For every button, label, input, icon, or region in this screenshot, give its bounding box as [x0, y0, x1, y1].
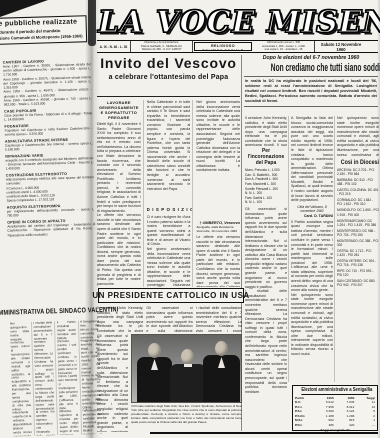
- issue-date: Sabato 12 Novembre 1960: [315, 41, 367, 52]
- nixon-face: [215, 341, 228, 356]
- body-text: Il Partito socialista segna quasi ovunqu…: [291, 220, 333, 293]
- text-column: Nel quinquennio sono state inoltre esegu…: [337, 116, 379, 382]
- body-text: Le offerte che verranno raccolte in tale…: [196, 235, 240, 287]
- elections-headline: Non crediamo che tutti siano soddisfatti: [271, 62, 351, 74]
- dateline-row: A. IX - N. 46 - L. 30 Direzione e Ammini…: [97, 40, 378, 53]
- diocesi-entry: CASTEL COLONNA: DC 401 - PCI 215: [337, 188, 379, 196]
- text-column: Nel giorno anniversario della incoronazi…: [196, 100, 240, 287]
- diocesi-entry: ARCEVIA: DC 2.703 - PCI 2.150 - PSI 684: [337, 168, 379, 176]
- works-section-body: eseguite con il contributo assegnato dal…: [5, 156, 93, 171]
- table-total: Seggi assegnati: 32: [295, 428, 375, 432]
- column-rule: [334, 116, 335, 382]
- text-column: Gli osservatori si domandano quale influ…: [146, 306, 192, 332]
- elections-article-header: Dopo le elezioni del 6-7 novembre 1960 N…: [244, 55, 378, 107]
- text-column: I risultati delle consultazioni amminist…: [31, 321, 56, 436]
- disposizioni-heading: DISPOSIZIONI: [147, 207, 191, 212]
- works-section: CASE POPOLARICase popolari in Via Roma -…: [4, 107, 92, 122]
- body-text: Nella Cattedrale e in tutte le chiese pa…: [147, 100, 191, 204]
- senigallia-results-table: Elezioni amministrative a Senigallia Par…: [292, 385, 378, 431]
- spellman-face: [181, 349, 194, 364]
- bishop-article-header: Invito del Vescovo a celebrare l'ottante…: [97, 56, 240, 97]
- bottom-rule: [150, 432, 378, 434]
- us-article-columns: Il senatore John Kennedy, cattolico, è s…: [97, 306, 242, 332]
- text-column: LAVORARE GENEROSAMENTE E SOPRATTUTTO PRE…: [97, 100, 144, 287]
- votes-1960-cell: 420: [334, 423, 355, 427]
- text-column: Nella Cattedrale e in tutte le chiese pa…: [147, 100, 194, 287]
- works-section-body: Case popolari in Via Roma - fabbricato d…: [4, 111, 92, 122]
- text-column: I risultati delle consultazioni amminist…: [196, 306, 242, 332]
- table-title: Elezioni amministrative a Senigallia: [301, 387, 368, 395]
- public-works-title-box: opere pubbliche realizzate durante il pe…: [0, 15, 87, 45]
- text-column: Il senatore John Kennedy, cattolico, è s…: [97, 306, 143, 332]
- works-section-body: Fognature nel Capoluogo e nella frazione…: [5, 126, 93, 137]
- works-section: CANTIERI DI LAVOROAnno 1957 - Cantiere n…: [3, 58, 92, 107]
- works-section-body: Allacciamento energia elettrica alle cas…: [6, 175, 95, 203]
- diocesi-entry: OSTRA: DC 1.712 - PCI 1.420 - PSI 281: [337, 249, 379, 257]
- offerings-list: Mons. Prevosto L. 1.000 Can. G. Baldetti…: [245, 168, 287, 205]
- diocesi-entry: CORINALDO: DC 1.842 - PCI 1.512 - PSI 31…: [337, 198, 379, 206]
- admin-info: Direzione e Amministrazione Piazza Garib…: [131, 41, 193, 52]
- party-cell: P.R.I.: [295, 423, 313, 427]
- diocesi-entry: MONTEPORZIO: DC 986 - PCI 724 - PSI 150: [337, 229, 379, 237]
- vatican-dateline: Città del Vaticano, 8 novembre 1960: [291, 205, 333, 213]
- works-section-body: Ampliamento del cimitero del Capoluogo -…: [7, 222, 95, 237]
- diocesi-entry: MONTEMARCIANO: DC 1.204 - PCI 1.415 - PS…: [337, 219, 379, 227]
- spellman-figure: [170, 364, 206, 403]
- body-text: Le offerte che verranno raccolte in tale…: [97, 213, 141, 286]
- elections-kicker: Dopo le elezioni del 6-7 novembre 1960: [244, 55, 378, 61]
- text-column: Gli osservatori si domandano quale influ…: [97, 334, 128, 432]
- seats-cell: —: [354, 423, 375, 427]
- bishop-article-columns: LAVORARE GENEROSAMENTE E SOPRATTUTTO PRE…: [97, 100, 240, 287]
- kennedy-face: [148, 343, 161, 358]
- column-rule: [288, 116, 289, 382]
- body-text: A Senigallia la lista del blocco social-…: [291, 116, 333, 203]
- diocesi-entry: MONTERADO: DC 388 - PCI 302: [337, 239, 379, 247]
- works-section: ACQUISTO ELETTROPOMPAper miglioramento d…: [7, 203, 95, 218]
- diocesi-entry: SAN COSTANZO: DC 880 - PCI 942 - PSI 207: [337, 279, 379, 287]
- works-section: RIPARAZIONI VARIEeseguite con il contrib…: [5, 152, 93, 171]
- text-column: Il Partito socialista segna quasi ovunqu…: [54, 321, 79, 436]
- bishop-subhead: a celebrare l'ottantesimo del Papa: [97, 74, 240, 81]
- works-section-body: Anno 1957 - Cantiere n. 3092/L - Sistema…: [3, 62, 92, 107]
- issue-number: A. IX - N. 46 - L. 30: [97, 41, 131, 52]
- masthead-title: LA VOCE MISENA: [98, 5, 378, 39]
- votes-1956-cell: 486: [313, 423, 334, 427]
- adjacent-page-strip: opere pubbliche realizzate durante il pe…: [0, 0, 94, 438]
- page-fold-shadow: [85, 0, 100, 438]
- body-text: Nel quinquennio sono state inoltre esegu…: [337, 116, 379, 156]
- works-section: ASFALTATURA STRADE INTERNECapoluogo e Ca…: [5, 137, 93, 152]
- scan-corner-shadow: [0, 0, 48, 17]
- diocesi-heading: Così in Diocesi: [341, 159, 375, 166]
- works-section: COSTRUZIONE ELETTRODOTTOAllacciamento en…: [6, 171, 95, 203]
- weekly-subtitle-box: SETTIMANALE RELIGIOSO POLITICO SOCIALE: [194, 42, 252, 51]
- tardini-signature: Card. D. TARDINI: [291, 214, 333, 218]
- text-column: Nel quinquennio sono state inoltre esegu…: [10, 322, 32, 436]
- body-text: Diletti figli, il 4 novembre il Santo Pa…: [97, 122, 141, 213]
- page-fold-dark-top: [88, 0, 96, 46]
- newspaper-scan: opere pubbliche realizzate durante il pe…: [0, 0, 380, 438]
- body-text: Nel giorno anniversario della incoronazi…: [196, 100, 240, 218]
- signature-dateline: Senigallia, dalla Residenza Vescovile, 1…: [196, 225, 240, 233]
- article-lead-caps: LAVORARE GENEROSAMENTE E SOPRATTUTTO PRE…: [97, 100, 141, 120]
- body-text: Ci è caro rivolgere fin d'ora il nostro …: [147, 215, 191, 247]
- subtitle-line2: POLITICO SOCIALE: [196, 49, 250, 51]
- spellman-collar: [184, 364, 192, 367]
- bishop-headline: Invito del Vescovo: [97, 56, 240, 71]
- works-section-body: Capoluogo e Castelvecchio (vie interne) …: [5, 141, 93, 152]
- body-text: Gli osservatori si domandano quale influ…: [245, 207, 287, 289]
- body-text: I risultati delle consultazioni amminist…: [245, 289, 287, 394]
- works-section-body: per miglioramento dell'acquedotto comuna…: [7, 207, 95, 218]
- subscription-info: Abbonamento annuo L. 500 semestrale L. 3…: [253, 41, 315, 52]
- body-text: Il senatore John Kennedy, cattolico, è s…: [245, 116, 287, 146]
- diocesi-entry: RIPE: DC 710 - PCI 592 - PSI 120: [337, 269, 379, 277]
- works-section: FOGNATUREFognature nel Capoluogo e nella…: [4, 122, 92, 137]
- text-column: A Senigallia la lista del blocco social-…: [291, 116, 333, 382]
- elections-standfirst: In realtà la DC ha migliorato le posizio…: [244, 76, 378, 108]
- kennedy-spellman-nixon-photo: [131, 334, 242, 403]
- subtitle-line1: SETTIMANALE RELIGIOSO: [196, 42, 250, 49]
- us-president-headline-box: UN PRESIDENTE CATTOLICO IN USA: [98, 288, 244, 303]
- photo-caption: Il Primate cattolico degli Stati Uniti, …: [131, 405, 242, 430]
- works-section: OPERE IN CORSO DI APPALTOAmpliamento del…: [7, 218, 95, 237]
- text-column: Il senatore John Kennedy, cattolico, è s…: [245, 116, 287, 432]
- incoronazione-heading: Per l'incoronazione del Papa: [245, 148, 287, 166]
- diocesi-entry: BARBARA: DC 512 - PCI 488 - PSI 102: [337, 178, 379, 186]
- public-works-list: CANTIERI DI LAVOROAnno 1957 - Cantiere n…: [3, 58, 98, 304]
- body-text: Nel quinquennio sono state inoltre esegu…: [291, 293, 333, 357]
- body-text: Nel giorno anniversario della incoronazi…: [147, 247, 191, 287]
- diocesi-entry: OSTRA VETERE: DC 924 - PCI 716 - PSI 138: [337, 259, 379, 267]
- table-row: P.R.I. 486 420 —: [295, 423, 375, 427]
- box-title-line3: Amministrazione Comunale di Monteporzio …: [0, 33, 83, 41]
- diocesi-entry: MONDOLFO: DC 1.650 - PCI 1.918 - PSI 402: [337, 208, 379, 216]
